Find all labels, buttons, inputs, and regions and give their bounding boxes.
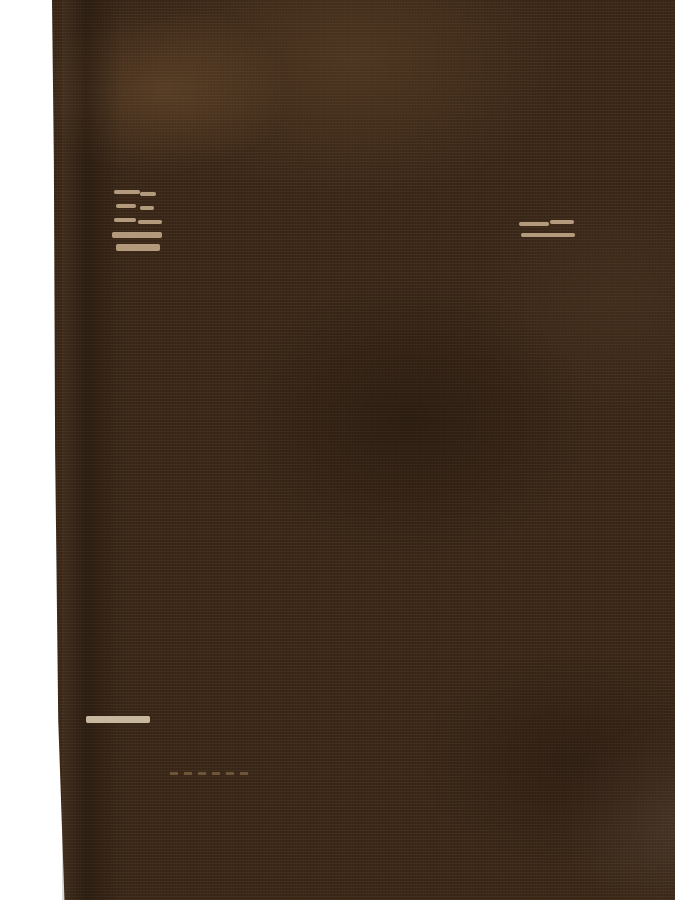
image-subject: brown woven textile with mended stitch r… — [0, 0, 1, 1]
woven-fabric — [52, 0, 675, 900]
fabric-seam-fold — [62, 0, 122, 900]
faded-stitch-line — [170, 772, 250, 775]
fabric-photo: brown woven textile with mended stitch r… — [0, 0, 675, 900]
